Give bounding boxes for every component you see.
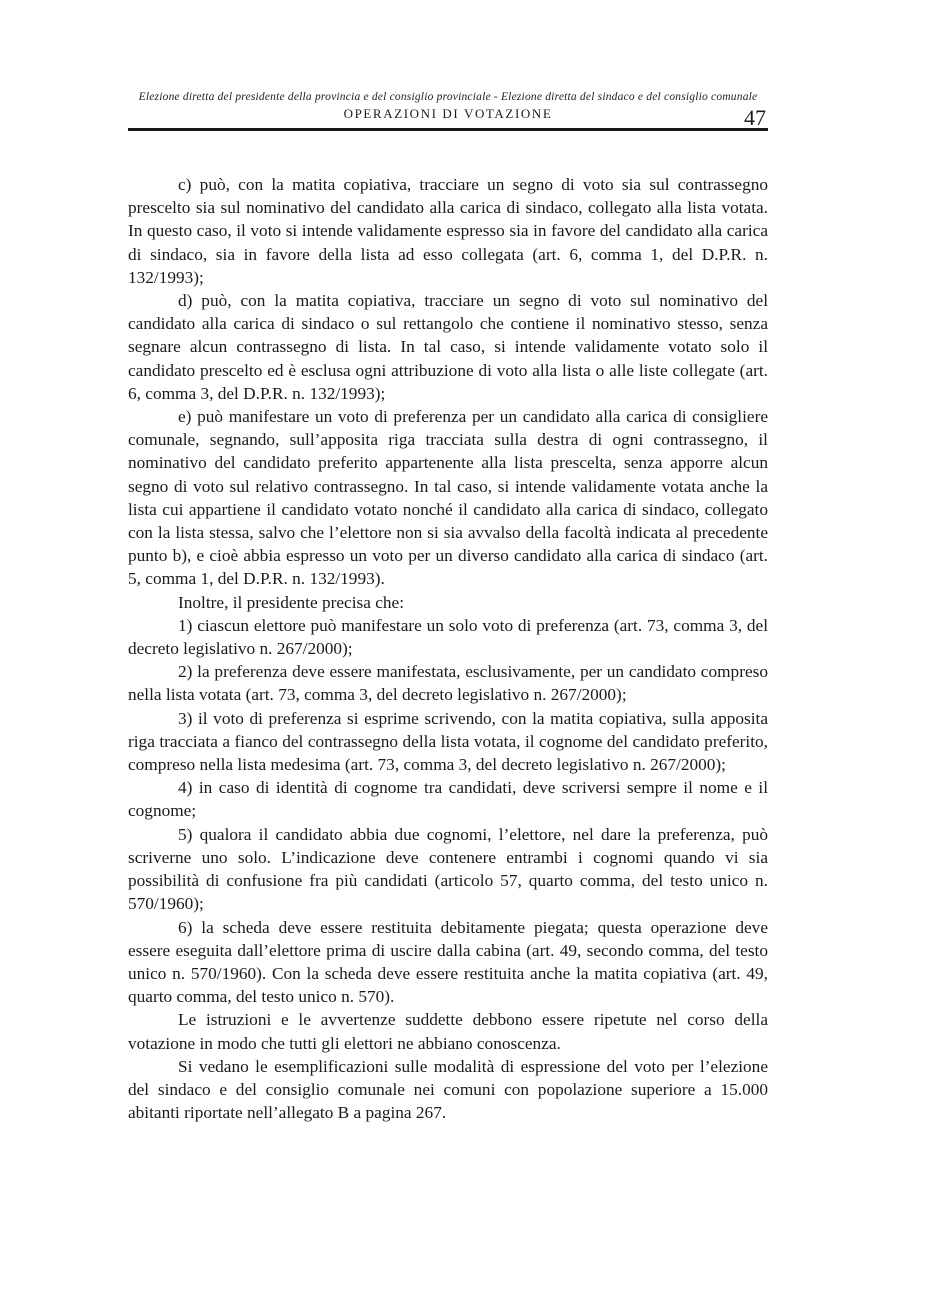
paragraph-item-1: 1) ciascun elettore può manifestare un s… bbox=[128, 614, 768, 660]
paragraph-item-c: c) può, con la matita copiativa, traccia… bbox=[128, 173, 768, 289]
paragraph-item-d: d) può, con la matita copiativa, traccia… bbox=[128, 289, 768, 405]
section-title: OPERAZIONI DI VOTAZIONE bbox=[128, 106, 768, 122]
paragraph-si-vedano: Si vedano le esemplificazioni sulle moda… bbox=[128, 1055, 768, 1125]
paragraph-item-5: 5) qualora il candidato abbia due cognom… bbox=[128, 823, 768, 916]
paragraph-item-2: 2) la preferenza deve essere manifestata… bbox=[128, 660, 768, 706]
page-header: Elezione diretta del presidente della pr… bbox=[128, 90, 768, 131]
body-text: c) può, con la matita copiativa, traccia… bbox=[128, 173, 768, 1124]
paragraph-item-3: 3) il voto di preferenza si esprime scri… bbox=[128, 707, 768, 777]
paragraph-istruzioni: Le istruzioni e le avvertenze suddette d… bbox=[128, 1008, 768, 1054]
paragraph-item-4: 4) in caso di identità di cognome tra ca… bbox=[128, 776, 768, 822]
paragraph-intro-inoltre: Inoltre, il presidente precisa che: bbox=[128, 591, 768, 614]
document-page: Elezione diretta del presidente della pr… bbox=[0, 0, 933, 1299]
page-content: Elezione diretta del presidente della pr… bbox=[128, 90, 768, 1124]
paragraph-item-6: 6) la scheda deve essere restituita debi… bbox=[128, 916, 768, 1009]
page-number: 47 bbox=[744, 107, 766, 129]
running-title: Elezione diretta del presidente della pr… bbox=[128, 90, 768, 104]
paragraph-item-e: e) può manifestare un voto di preferenza… bbox=[128, 405, 768, 591]
